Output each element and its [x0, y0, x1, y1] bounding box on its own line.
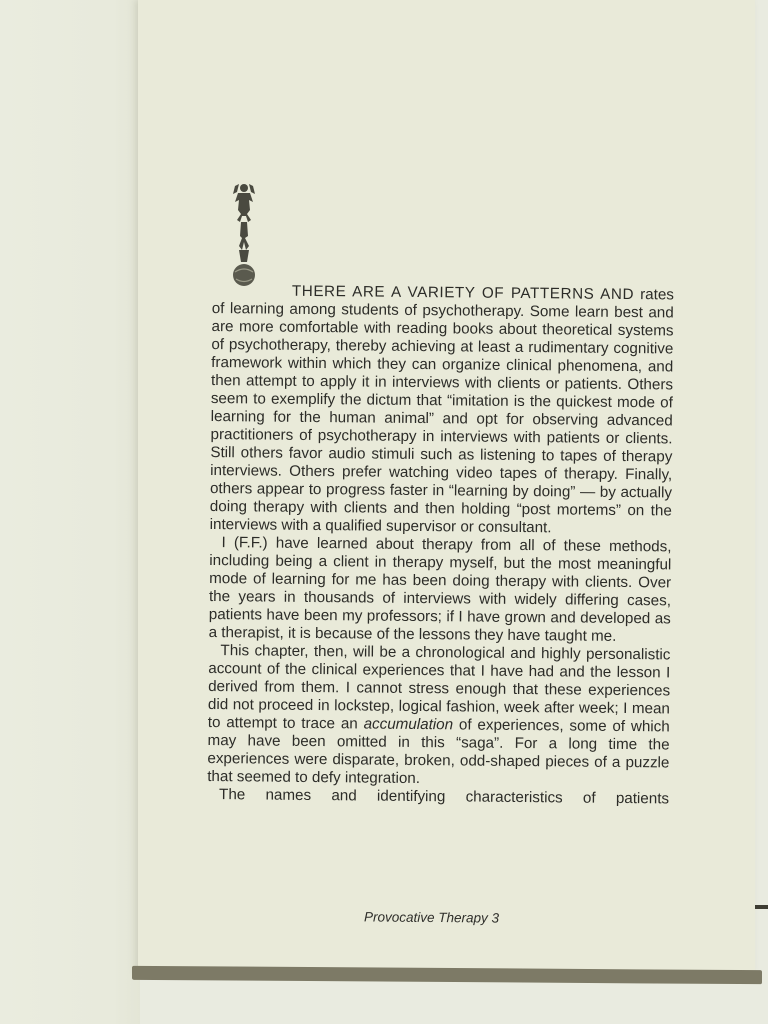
opening-small-caps: THERE ARE A VARIETY OF PATTERNS AND	[292, 283, 634, 303]
left-facing-page	[0, 0, 140, 1024]
jester-figure-on-globe-icon	[229, 180, 259, 288]
ornament-indent	[212, 295, 292, 296]
paragraph-1: THERE ARE A VARIETY OF PATTERNS AND rate…	[210, 282, 674, 538]
paragraph-2: I (F.F.) have learned about therapy from…	[209, 534, 672, 646]
emphasis-accumulation: accumulation	[364, 715, 454, 733]
running-footer-page-number: Provocative Therapy 3	[364, 909, 499, 925]
page-bottom-edge-shadow	[132, 966, 762, 984]
paragraph-1-text: rates of learning among students of psyc…	[210, 286, 674, 536]
page-edge-mark	[755, 905, 768, 909]
paragraph-3: This chapter, then, will be a chronologi…	[207, 642, 670, 790]
body-text: THERE ARE A VARIETY OF PATTERNS AND rate…	[207, 282, 674, 808]
